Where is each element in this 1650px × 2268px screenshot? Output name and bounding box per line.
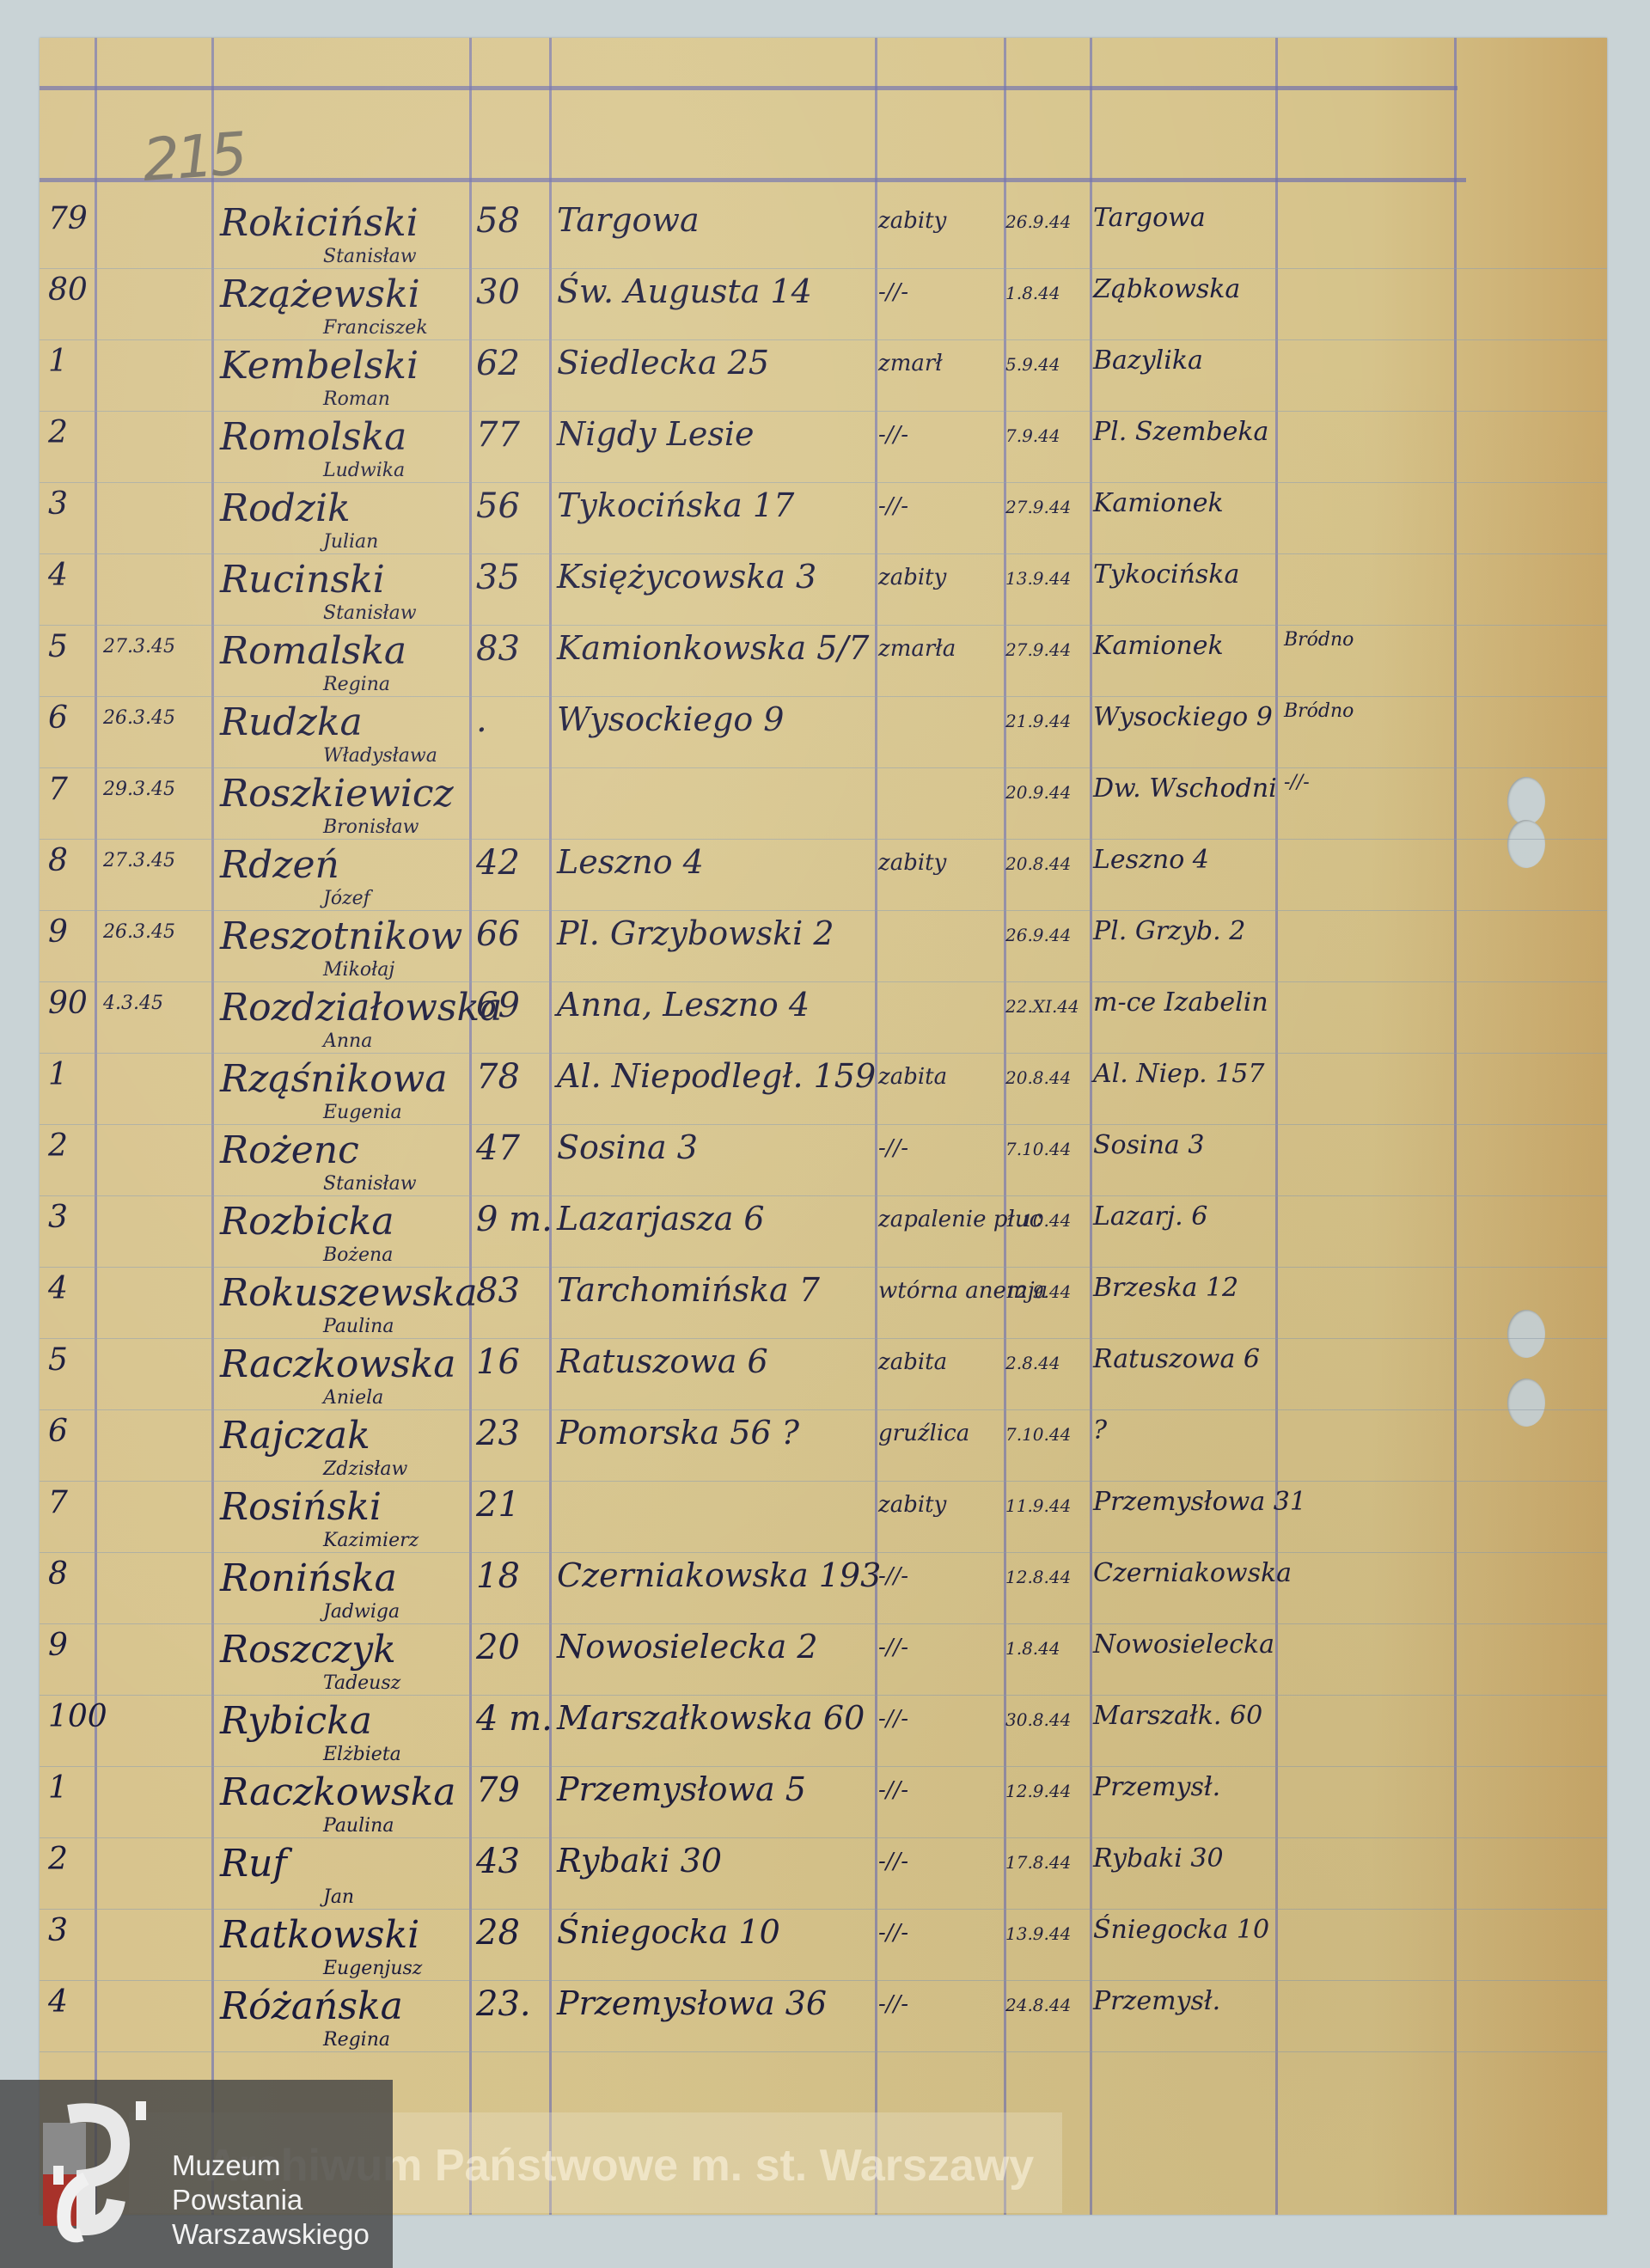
entry-number: 9 [48, 914, 68, 950]
surname: Rokuszewska [220, 1271, 478, 1315]
burial-note: Bródno [1284, 700, 1354, 722]
surname: Raczkowska [220, 1770, 455, 1814]
ledger-row: 4RóżańskaRegina23.Przemysłowa 36-//-24.8… [40, 1984, 1607, 2056]
ledger-row: 904.3.45RozdziałowskaAnna69Anna, Leszno … [40, 986, 1607, 1057]
page-number: 215 [140, 120, 246, 195]
ledger-row: 4RucinskiStanisław35Księżycowska 3zabity… [40, 558, 1607, 629]
age: . [476, 700, 487, 740]
header-rule [40, 178, 1466, 182]
ledger-row: 2RomolskaLudwika77Nigdy Lesie-//-7.9.44P… [40, 415, 1607, 486]
place-of-death: Bazylika [1093, 345, 1203, 376]
date-of-death: 20.8.44 [1005, 1067, 1071, 1088]
address: Kamionkowska 5/7 [557, 629, 869, 667]
ledger-row: 729.3.45RoszkiewiczBronisław20.9.44Dw. W… [40, 772, 1607, 843]
entry-number: 2 [48, 1842, 68, 1877]
surname: Ronińska [220, 1556, 397, 1600]
age: 23 [476, 1414, 520, 1453]
place-of-death: Lazarj. 6 [1093, 1201, 1207, 1232]
age: 20 [476, 1628, 520, 1667]
age: 42 [476, 843, 520, 883]
cause-of-death: -//- [878, 1849, 908, 1874]
given-name: Bronisław [323, 816, 419, 838]
given-name: Roman [323, 388, 390, 410]
given-name: Regina [323, 2029, 390, 2051]
cause-of-death: zabita [878, 1064, 947, 1090]
given-name: Stanisław [323, 602, 417, 624]
entry-number: 1 [48, 1057, 68, 1092]
place-of-death: Przemysłowa 31 [1093, 1487, 1306, 1517]
place-of-death: Przemysł. [1093, 1772, 1220, 1802]
polska-walczaca-logo-icon [34, 2097, 155, 2243]
ledger-row: 2RożencStanisław47Sosina 3-//-7.10.44Sos… [40, 1128, 1607, 1200]
exhumation-date: 27.3.45 [103, 850, 175, 871]
address: Nowosielecka 2 [557, 1628, 818, 1666]
entry-number: 9 [48, 1628, 68, 1663]
place-of-death: m-ce Izabelin [1093, 987, 1268, 1018]
ledger-row: 9RoszczykTadeusz20Nowosielecka 2-//-1.8.… [40, 1628, 1607, 1699]
place-of-death: Tykocińska [1093, 559, 1239, 590]
date-of-death: 7.9.44 [1005, 425, 1060, 446]
place-of-death: ? [1093, 1415, 1107, 1446]
age: 47 [476, 1128, 520, 1168]
place-of-death: Ząbkowska [1093, 274, 1240, 304]
entry-number: 1 [48, 1770, 68, 1806]
given-name: Józef [323, 888, 370, 909]
surname: Rozdziałowska [220, 986, 502, 1030]
surname: Rożenc [220, 1128, 359, 1172]
date-of-death: 26.9.44 [1005, 211, 1071, 232]
date-of-death: 20.9.44 [1005, 782, 1071, 803]
cause-of-death: -//- [878, 279, 908, 305]
address: Św. Augusta 14 [557, 272, 812, 310]
date-of-death: 22.XI.44 [1005, 996, 1079, 1017]
date-of-death: 13.9.44 [1005, 1923, 1071, 1944]
entry-number: 4 [48, 558, 68, 593]
ledger-row: 2RufJan43Rybaki 30-//-17.8.44Rybaki 30 [40, 1842, 1607, 1913]
address: Sosina 3 [557, 1128, 698, 1166]
entry-number: 90 [48, 986, 88, 1021]
place-of-death: Wysockiego 9 [1093, 702, 1273, 732]
entry-number: 2 [48, 415, 68, 450]
entry-number: 4 [48, 1271, 68, 1306]
logo-line: Muzeum [172, 2149, 370, 2183]
exhumation-date: 27.3.45 [103, 636, 175, 657]
cause-of-death: zabity [878, 1492, 946, 1518]
surname: Reszotnikow [220, 914, 462, 958]
cause-of-death: -//- [878, 1635, 908, 1660]
ledger-row: 5RaczkowskaAniela16Ratuszowa 6zabita2.8.… [40, 1342, 1607, 1414]
surname: Romolska [220, 415, 406, 459]
ledger-row: 3RodzikJulian56Tykocińska 17-//-27.9.44K… [40, 486, 1607, 558]
entry-number: 7 [48, 1485, 68, 1520]
given-name: Eugenia [323, 1102, 402, 1123]
entry-number: 5 [48, 1342, 68, 1378]
ledger-row: 4RokuszewskaPaulina83Tarchomińska 7wtórn… [40, 1271, 1607, 1342]
cause-of-death: zabity [878, 850, 946, 876]
given-name: Zdzisław [323, 1458, 407, 1480]
date-of-death: 1.8.44 [1005, 283, 1060, 303]
address: Tarchomińska 7 [557, 1271, 820, 1309]
surname: Ruf [220, 1842, 287, 1886]
ledger-page: 215 79RokicińskiStanisław58Targowazabity… [40, 38, 1607, 2215]
address: Wysockiego 9 [557, 700, 784, 738]
given-name: Elżbieta [323, 1744, 401, 1765]
place-of-death: Śniegocka 10 [1093, 1915, 1269, 1945]
surname: Rdzeń [220, 843, 339, 887]
ledger-row: 527.3.45RomalskaRegina83Kamionkowska 5/7… [40, 629, 1607, 700]
age: 43 [476, 1842, 520, 1881]
cause-of-death: -//- [878, 1135, 908, 1161]
entry-number: 3 [48, 486, 68, 522]
date-of-death: 12.8.44 [1005, 1567, 1071, 1587]
surname: Rodzik [220, 486, 351, 530]
place-of-death: Ratuszowa 6 [1093, 1344, 1260, 1374]
ledger-row: 79RokicińskiStanisław58Targowazabity26.9… [40, 201, 1607, 272]
date-of-death: 17.8.44 [1005, 1852, 1071, 1873]
entry-number: 6 [48, 1414, 68, 1449]
surname: Rucinski [220, 558, 385, 602]
age: 21 [476, 1485, 520, 1525]
given-name: Paulina [323, 1815, 394, 1837]
entry-number: 8 [48, 843, 68, 878]
ledger-row: 827.3.45RdzeńJózef42Leszno 4zabity20.8.4… [40, 843, 1607, 914]
place-of-death: Dw. Wschodni [1093, 773, 1277, 804]
date-of-death: 11.9.44 [1005, 1495, 1071, 1516]
date-of-death: 5.9.44 [1005, 354, 1060, 375]
cause-of-death: -//- [878, 1563, 908, 1589]
age: 56 [476, 486, 520, 526]
address: Al. Niepodległ. 159 [557, 1057, 876, 1095]
address: Księżycowska 3 [557, 558, 816, 596]
date-of-death: 1.8.44 [1005, 1638, 1060, 1659]
age: 58 [476, 201, 520, 241]
surname: Rosiński [220, 1485, 382, 1529]
address: Lazarjasza 6 [557, 1200, 765, 1238]
given-name: Władysława [323, 745, 437, 767]
entry-number: 100 [48, 1699, 107, 1734]
ledger-row: 926.3.45ReszotnikowMikołaj66Pl. Grzybows… [40, 914, 1607, 986]
entry-number: 6 [48, 700, 68, 736]
given-name: Ludwika [323, 460, 405, 481]
cause-of-death: zmarł [878, 351, 943, 376]
burial-note: -//- [1284, 772, 1310, 793]
surname: Kembelski [220, 344, 419, 388]
cause-of-death: -//- [878, 1991, 908, 2017]
ledger-row: 8RonińskaJadwiga18Czerniakowska 193-//-1… [40, 1556, 1607, 1628]
exhumation-date: 29.3.45 [103, 779, 175, 800]
entry-number: 5 [48, 629, 68, 664]
ledger-row: 7RosińskiKazimierz21zabity11.9.44Przemys… [40, 1485, 1607, 1556]
entry-number: 80 [48, 272, 88, 308]
burial-note: Bródno [1284, 629, 1354, 651]
address: Rybaki 30 [557, 1842, 722, 1880]
age: 78 [476, 1057, 520, 1097]
place-of-death: Kamionek [1093, 631, 1224, 661]
given-name: Bożena [323, 1244, 393, 1266]
given-name: Julian [323, 531, 378, 553]
logo-line: Warszawskiego [172, 2217, 370, 2252]
address: Siedlecka 25 [557, 344, 769, 382]
place-of-death: Targowa [1093, 203, 1206, 233]
date-of-death: 27.9.44 [1005, 639, 1071, 660]
date-of-death: 7.10.44 [1005, 1139, 1071, 1159]
header-rule [40, 86, 1457, 90]
exhumation-date: 4.3.45 [103, 993, 163, 1014]
given-name: Anna [323, 1030, 372, 1052]
age: 83 [476, 1271, 520, 1311]
date-of-death: 27.9.44 [1005, 497, 1071, 517]
given-name: Paulina [323, 1316, 394, 1337]
date-of-death: 13.9.44 [1005, 568, 1071, 589]
cause-of-death: zabity [878, 565, 946, 590]
address: Śniegocka 10 [557, 1913, 780, 1951]
given-name: Stanisław [323, 246, 417, 267]
age: 69 [476, 986, 520, 1025]
ledger-row: 100RybickaElżbieta4 m.Marszałkowska 60-/… [40, 1699, 1607, 1770]
ledger-row: 3RatkowskiEugenjusz28Śniegocka 10-//-13.… [40, 1913, 1607, 1984]
date-of-death: 12.9.44 [1005, 1781, 1071, 1801]
given-name: Mikołaj [323, 959, 394, 981]
date-of-death: 12.9.44 [1005, 1281, 1071, 1302]
given-name: Stanisław [323, 1173, 417, 1195]
age: 30 [476, 272, 520, 312]
surname: Roszczyk [220, 1628, 396, 1672]
age: 18 [476, 1556, 520, 1596]
entry-number: 8 [48, 1556, 68, 1592]
date-of-death: 21.9.44 [1005, 711, 1071, 731]
age: 4 m. [476, 1699, 553, 1739]
age: 83 [476, 629, 520, 669]
address: Nigdy Lesie [557, 415, 754, 453]
cause-of-death: -//- [878, 1920, 908, 1946]
age: 77 [476, 415, 520, 455]
place-of-death: Al. Niep. 157 [1093, 1059, 1264, 1089]
date-of-death: 2.8.44 [1005, 1353, 1060, 1373]
surname: Rząśnikowa [220, 1057, 448, 1101]
given-name: Jan [323, 1886, 354, 1908]
given-name: Tadeusz [323, 1672, 400, 1694]
cause-of-death: zabita [878, 1349, 947, 1375]
age: 16 [476, 1342, 520, 1382]
date-of-death: 30.8.44 [1005, 1709, 1071, 1730]
address: Anna, Leszno 4 [557, 986, 810, 1024]
surname: Rybicka [220, 1699, 372, 1743]
place-of-death: Kamionek [1093, 488, 1224, 518]
place-of-death: Leszno 4 [1093, 845, 1209, 875]
ledger-row: 80RzążewskiFranciszek30Św. Augusta 14-//… [40, 272, 1607, 344]
age: 79 [476, 1770, 520, 1810]
surname: Rajczak [220, 1414, 370, 1458]
place-of-death: Rybaki 30 [1093, 1843, 1224, 1874]
cause-of-death: -//- [878, 493, 908, 519]
entry-number: 3 [48, 1913, 68, 1948]
address: Pomorska 56 ? [557, 1414, 799, 1452]
address: Przemysłowa 5 [557, 1770, 806, 1808]
cause-of-death: -//- [878, 422, 908, 448]
age: 66 [476, 914, 520, 954]
place-of-death: Przemysł. [1093, 1986, 1220, 2016]
entry-number: 7 [48, 772, 68, 807]
cause-of-death: -//- [878, 1706, 908, 1732]
exhumation-date: 26.3.45 [103, 707, 175, 729]
ledger-row: 6RajczakZdzisław23Pomorska 56 ?gruźlica7… [40, 1414, 1607, 1485]
exhumation-date: 26.3.45 [103, 921, 175, 943]
age: 28 [476, 1913, 520, 1953]
date-of-death: 24.8.44 [1005, 1995, 1071, 2015]
ledger-row: 626.3.45RudzkaWładysława.Wysockiego 921.… [40, 700, 1607, 772]
place-of-death: Pl. Grzyb. 2 [1093, 916, 1245, 946]
place-of-death: Sosina 3 [1093, 1130, 1204, 1160]
surname: Rozbicka [220, 1200, 394, 1244]
address: Targowa [557, 201, 700, 239]
surname: Różańska [220, 1984, 403, 2028]
given-name: Jadwiga [323, 1601, 400, 1623]
age: 23. [476, 1984, 531, 2024]
date-of-death: 26.9.44 [1005, 925, 1071, 945]
ledger-row: 1KembelskiRoman62Siedlecka 25zmarł5.9.44… [40, 344, 1607, 415]
given-name: Eugenjusz [323, 1958, 422, 1979]
cause-of-death: zabity [878, 208, 946, 234]
address: Czerniakowska 193 [557, 1556, 881, 1594]
place-of-death: Czerniakowska [1093, 1558, 1292, 1588]
cause-of-death: -//- [878, 1777, 908, 1803]
place-of-death: Nowosielecka [1093, 1629, 1274, 1660]
museum-name: Muzeum Powstania Warszawskiego [172, 2149, 370, 2252]
surname: Ratkowski [220, 1913, 419, 1957]
age: 62 [476, 344, 520, 383]
ledger-row: 3RozbickaBożena9 m.Lazarjasza 6zapalenie… [40, 1200, 1607, 1271]
surname: Roszkiewicz [220, 772, 454, 816]
ledger-row: 1RząśnikowaEugenia78Al. Niepodległ. 159z… [40, 1057, 1607, 1128]
place-of-death: Marszałk. 60 [1093, 1701, 1262, 1731]
entry-number: 79 [48, 201, 88, 236]
logo-line: Powstania [172, 2183, 370, 2217]
address: Leszno 4 [557, 843, 704, 881]
given-name: Kazimierz [323, 1530, 419, 1551]
entry-number: 2 [48, 1128, 68, 1164]
cause-of-death: zmarła [878, 636, 956, 662]
date-of-death: 7.10.44 [1005, 1424, 1071, 1445]
surname: Romalska [220, 629, 406, 673]
age: 9 m. [476, 1200, 553, 1239]
address: Przemysłowa 36 [557, 1984, 827, 2022]
entry-number: 1 [48, 344, 68, 379]
address: Pl. Grzybowski 2 [557, 914, 834, 952]
surname: Raczkowska [220, 1342, 455, 1386]
place-of-death: Brzeska 12 [1093, 1273, 1238, 1303]
date-of-death: 1.10.44 [1005, 1210, 1071, 1231]
cause-of-death: gruźlica [878, 1421, 969, 1446]
address: Ratuszowa 6 [557, 1342, 768, 1380]
surname: Rzążewski [220, 272, 420, 316]
given-name: Franciszek [323, 317, 428, 339]
date-of-death: 20.8.44 [1005, 853, 1071, 874]
place-of-death: Pl. Szembeka [1093, 417, 1268, 447]
surname: Rudzka [220, 700, 363, 744]
surname: Rokiciński [220, 201, 419, 245]
age: 35 [476, 558, 520, 597]
ledger-row: 1RaczkowskaPaulina79Przemysłowa 5-//-12.… [40, 1770, 1607, 1842]
given-name: Regina [323, 674, 390, 695]
entry-number: 4 [48, 1984, 68, 2020]
given-name: Aniela [323, 1387, 383, 1409]
address: Marszałkowska 60 [557, 1699, 865, 1737]
address: Tykocińska 17 [557, 486, 794, 524]
entry-number: 3 [48, 1200, 68, 1235]
